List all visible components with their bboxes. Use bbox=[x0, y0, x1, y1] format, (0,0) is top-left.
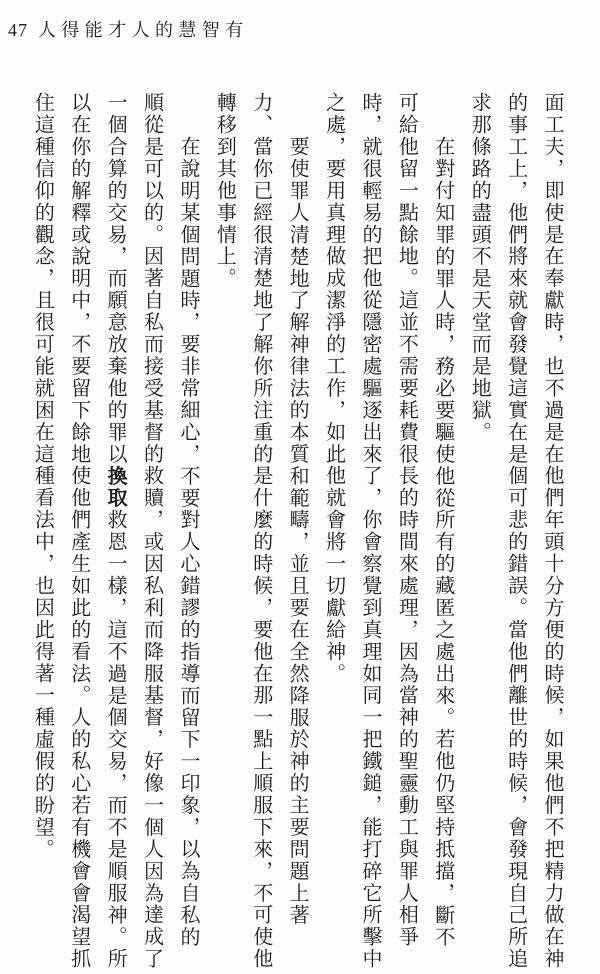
paragraph-2: 在對付知罪的罪人時，務必要驅使他從所有的藏匿之處出來。若他仍堅持抵擋，斷不可給他… bbox=[315, 92, 461, 970]
paragraph-1: 面工夫，即使是在奉獻時，也不過是在他們年頭十分方便的時候，如果他們不把精力做在神… bbox=[461, 92, 570, 970]
page-body: 面工夫，即使是在奉獻時，也不過是在他們年頭十分方便的時候，如果他們不把精力做在神… bbox=[24, 92, 570, 970]
paragraph-4-bold-emphasis: 換取 bbox=[104, 465, 126, 509]
page-number: 47 bbox=[8, 20, 28, 41]
paragraph-3: 要使罪人清楚地了解神律法的本質和範疇，並且要在全然降服於神的主要問題上著力、當你… bbox=[206, 92, 315, 970]
running-header: 47 人得能才人的慧智有 bbox=[8, 16, 249, 42]
paragraph-4: 在說明某個問題時，要非常細心，不要對人心錯謬的指導而留下一印象，以為自私的順從是… bbox=[24, 92, 206, 970]
book-page: 47 人得能才人的慧智有 面工夫，即使是在奉獻時，也不過是在他們年頭十分方便的時… bbox=[0, 0, 600, 974]
header-title: 人得能才人的慧智有 bbox=[38, 16, 249, 42]
